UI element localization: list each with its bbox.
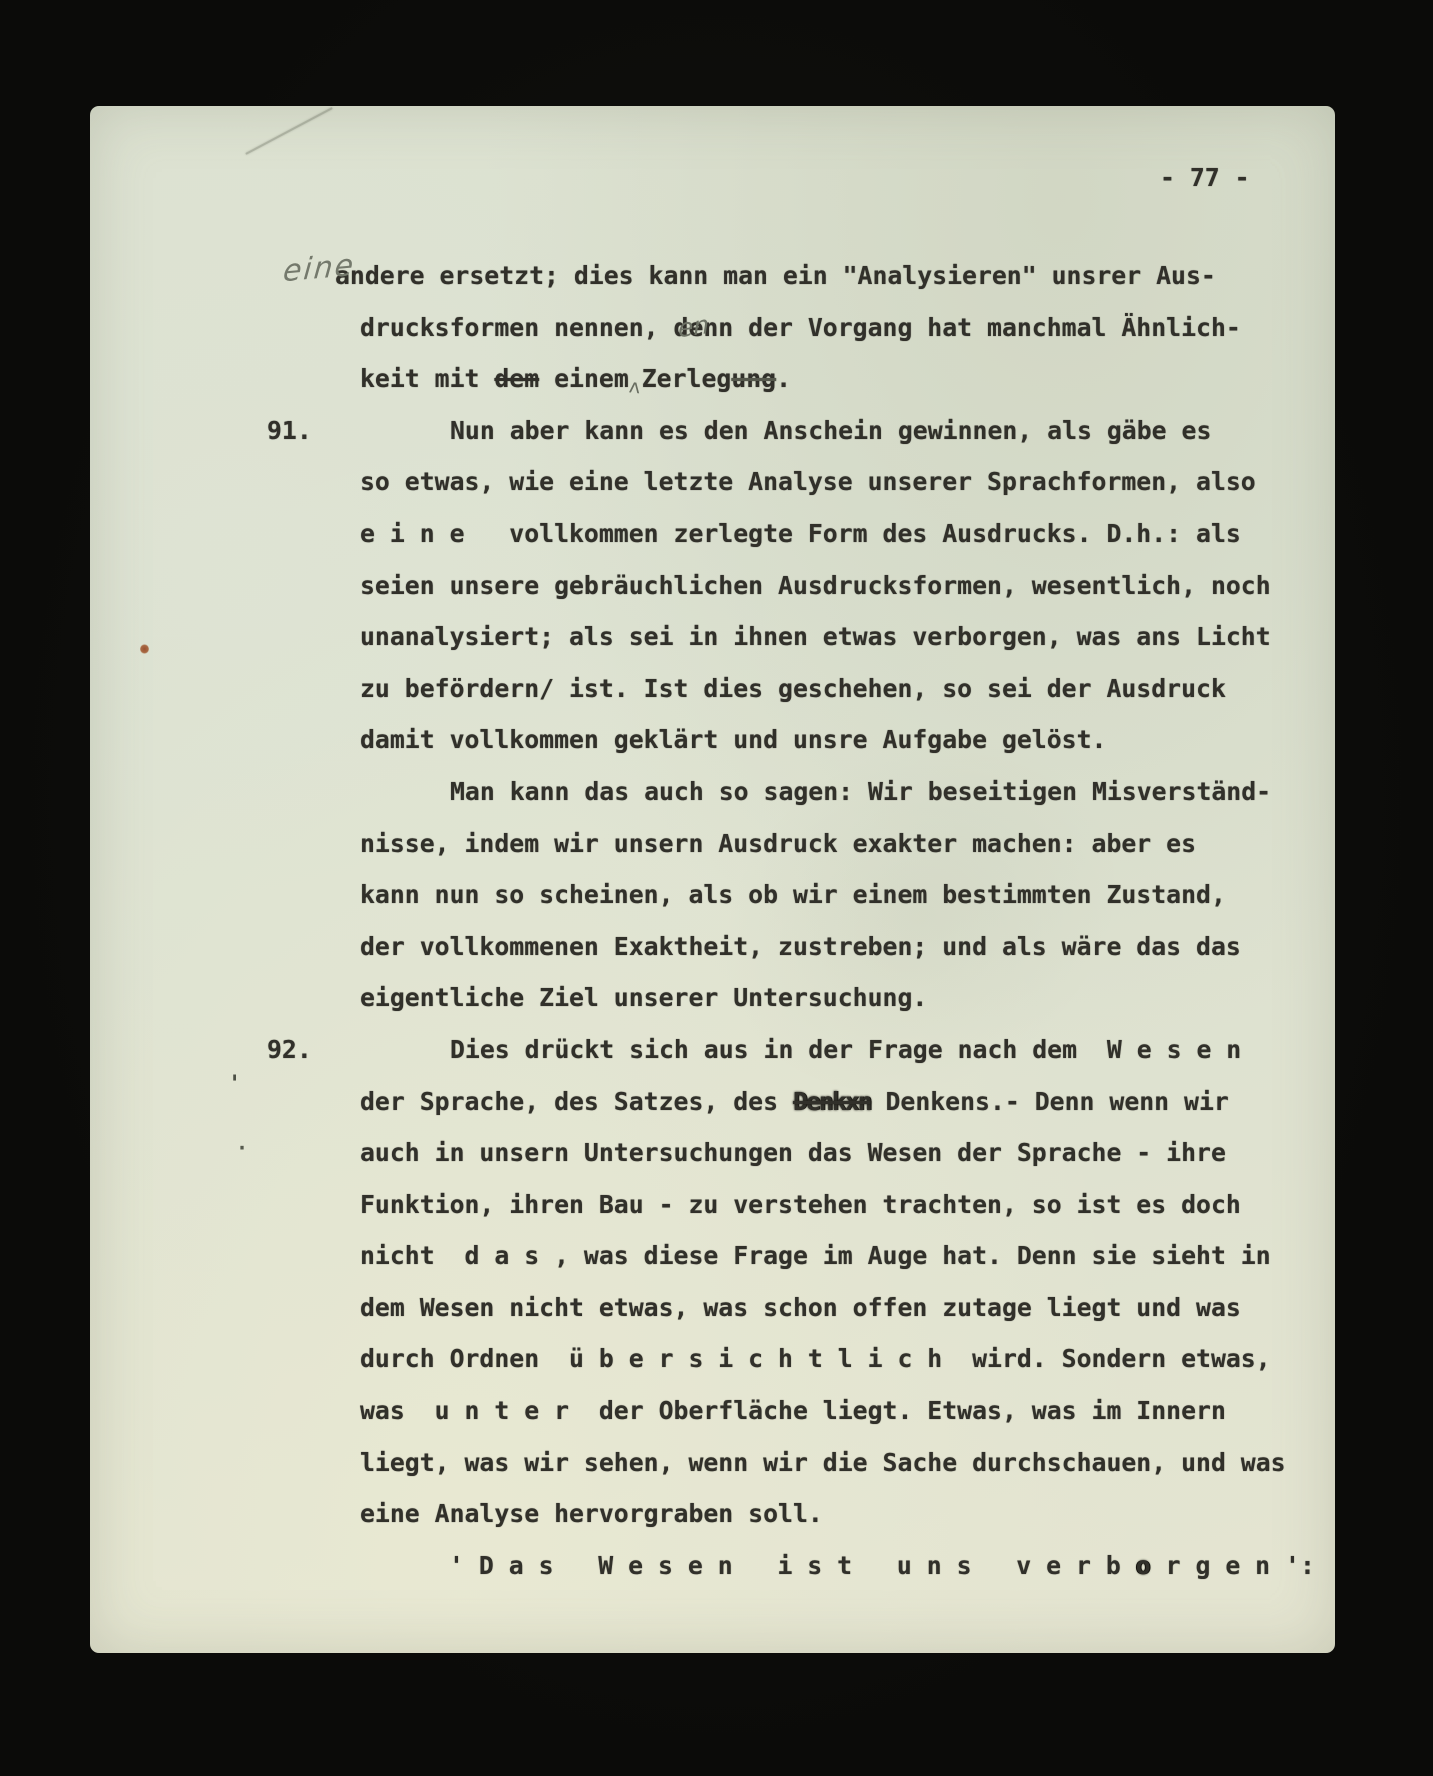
typed-line: auch in unsern Untersuchungen das Wesen …	[90, 1127, 1335, 1179]
typed-line: e i n e vollkommen zerlegte Form des Aus…	[90, 508, 1335, 560]
typed-text: Zerleg	[642, 364, 732, 393]
typed-line: 92.Dies drückt sich aus in der Frage nac…	[90, 1024, 1335, 1076]
typed-text: Dies drückt sich aus in der Frage nach d…	[450, 1035, 1241, 1064]
typed-text: zu befördern/ ist. Ist dies geschehen, s…	[360, 674, 1226, 703]
typed-text: der vollkommenen Exaktheit, zustreben; u…	[360, 932, 1241, 961]
typed-text: eigentliche Ziel unserer Untersuchung.	[360, 983, 927, 1012]
photo-background: { "document": { "kind": "typewritten-man…	[0, 0, 1433, 1776]
typed-text: damit vollkommen geklärt und unsre Aufga…	[360, 725, 1106, 754]
typed-text: nicht d a s , was diese Frage im Auge ha…	[360, 1241, 1271, 1270]
typed-text: ' D a s W e s e n i s t u n s v e r b	[449, 1551, 1136, 1580]
page-number: - 77 -	[1160, 163, 1250, 215]
typed-text: Nun aber kann es den Anschein gewinnen, …	[450, 416, 1211, 445]
typed-line: eigentliche Ziel unserer Untersuchung.	[90, 972, 1335, 1024]
typed-text: nisse, indem wir unsern Ausdruck exakter…	[360, 829, 1196, 858]
crease-mark	[245, 107, 332, 155]
typed-line: liegt, was wir sehen, wenn wir die Sache…	[90, 1437, 1335, 1489]
typed-text: dem Wesen nicht etwas, was schon offen z…	[360, 1293, 1241, 1322]
typed-text: drucksformen nennen, denn der Vorgang ha…	[360, 313, 1241, 342]
typed-text: .	[776, 364, 791, 393]
typed-line: kann nun so scheinen, als ob wir einem b…	[90, 869, 1335, 921]
typed-text: e i n e vollkommen zerlegte Form des Aus…	[360, 519, 1241, 548]
typed-line: zu befördern/ ist. Ist dies geschehen, s…	[90, 663, 1335, 715]
typed-line: 91.Nun aber kann es den Anschein gewinne…	[90, 405, 1335, 457]
typed-text-handstrike: ung	[731, 364, 776, 393]
typed-text: Denkens.- Denn wenn wir	[871, 1087, 1229, 1116]
typed-line: nisse, indem wir unsern Ausdruck exakter…	[90, 818, 1335, 870]
typed-text: Funktion, ihren Bau - zu verstehen trach…	[360, 1190, 1241, 1219]
typed-line: seien unsere gebräuchlichen Ausdrucksfor…	[90, 560, 1335, 612]
typed-text: andere ersetzt; dies kann man ein "Analy…	[335, 261, 1216, 290]
typed-text: Man kann das auch so sagen: Wir beseitig…	[450, 777, 1271, 806]
typed-text: einem	[539, 364, 629, 393]
typed-line: so etwas, wie eine letzte Analyse unsere…	[90, 456, 1335, 508]
section-number: 92.	[267, 1024, 312, 1076]
typed-line: ' D a s W e s e n i s t u n s v e r b o …	[90, 1540, 1335, 1592]
typed-line: enkeit mit dem einemʌZerlegung.	[90, 353, 1335, 405]
typed-line: Man kann das auch so sagen: Wir beseitig…	[90, 766, 1335, 818]
typed-text: keit mit	[360, 364, 494, 393]
typed-text: seien unsere gebräuchlichen Ausdrucksfor…	[360, 571, 1271, 600]
typed-line: der Sprache, des Satzes, des Denkxn Denk…	[90, 1076, 1335, 1128]
typed-line: Funktion, ihren Bau - zu verstehen trach…	[90, 1179, 1335, 1231]
handwritten-margin-word: eine	[281, 240, 358, 298]
typed-line: der vollkommenen Exaktheit, zustreben; u…	[90, 921, 1335, 973]
typed-line: eineandere ersetzt; dies kann man ein "A…	[90, 250, 1335, 302]
typed-line: eine Analyse hervorgraben soll.	[90, 1488, 1335, 1540]
typed-text: r g e n ':	[1151, 1551, 1315, 1580]
typed-line: nicht d a s , was diese Frage im Auge ha…	[90, 1230, 1335, 1282]
typed-text-over: o	[1136, 1551, 1151, 1580]
typed-text: liegt, was wir sehen, wenn wir die Sache…	[360, 1448, 1286, 1477]
text-lines: eineandere ersetzt; dies kann man ein "A…	[90, 250, 1335, 1591]
section-number: 91.	[267, 405, 312, 457]
typed-text-xout: Denkxn	[793, 1087, 871, 1116]
typed-line: was u n t e r der Oberfläche liegt. Etwa…	[90, 1385, 1335, 1437]
typed-text: was u n t e r der Oberfläche liegt. Etwa…	[360, 1396, 1226, 1425]
typed-text-strike: dem	[494, 364, 539, 393]
typed-text: auch in unsern Untersuchungen das Wesen …	[360, 1138, 1226, 1167]
typed-line: drucksformen nennen, denn der Vorgang ha…	[90, 302, 1335, 354]
typed-text: eine Analyse hervorgraben soll.	[360, 1499, 823, 1528]
typed-text: der Sprache, des Satzes, des	[360, 1087, 793, 1116]
typed-line: damit vollkommen geklärt und unsre Aufga…	[90, 714, 1335, 766]
typed-text: unanalysiert; als sei in ihnen etwas ver…	[360, 622, 1271, 651]
typed-line: durch Ordnen ü b e r s i c h t l i c h w…	[90, 1333, 1335, 1385]
typed-text: durch Ordnen ü b e r s i c h t l i c h w…	[360, 1344, 1271, 1373]
handwritten-insertion: en	[677, 305, 709, 350]
typed-line: dem Wesen nicht etwas, was schon offen z…	[90, 1282, 1335, 1334]
typed-text: kann nun so scheinen, als ob wir einem b…	[360, 880, 1226, 909]
typed-text: so etwas, wie eine letzte Analyse unsere…	[360, 467, 1256, 496]
typed-line: unanalysiert; als sei in ihnen etwas ver…	[90, 611, 1335, 663]
paper-sheet: ' · - 77 - eineandere ersetzt; dies kann…	[90, 106, 1335, 1653]
